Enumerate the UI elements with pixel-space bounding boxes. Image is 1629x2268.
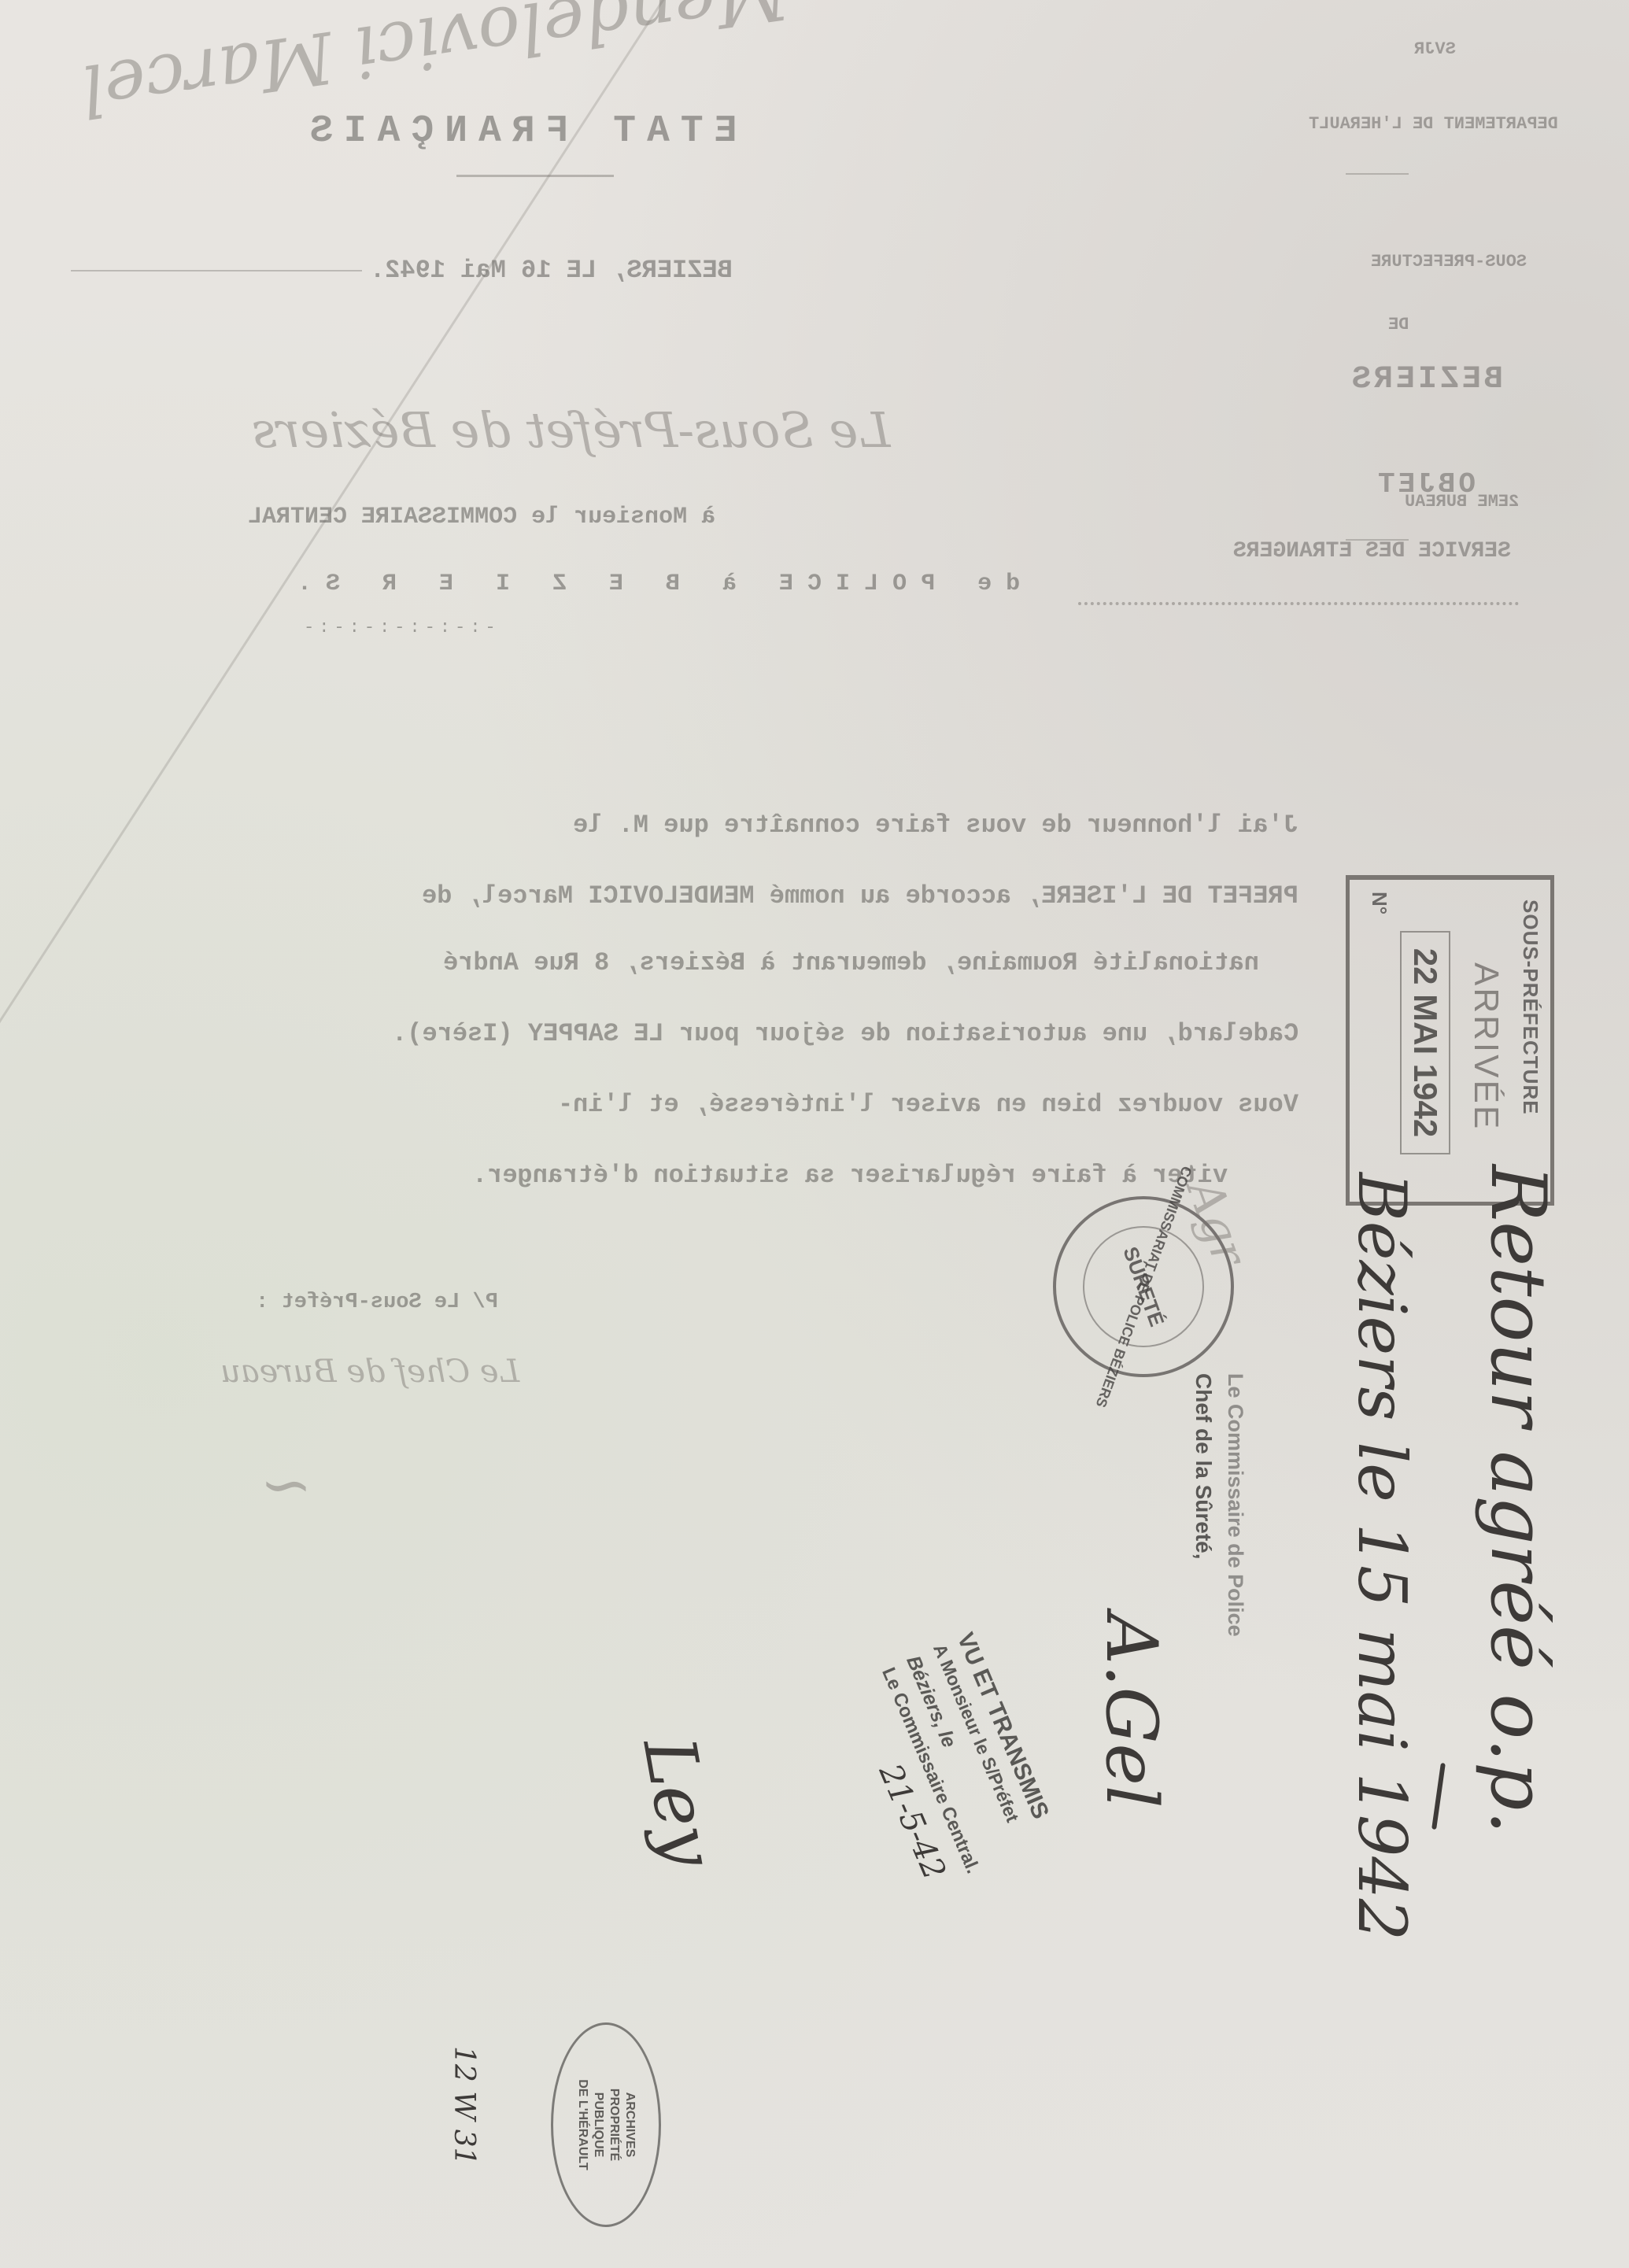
header-rule — [1346, 173, 1409, 175]
body-line: PREFET DE L'ISERE, accorde au nommé MEND… — [422, 881, 1298, 911]
header-department: DEPARTEMENT DE L'HERAULT — [1309, 114, 1558, 134]
closing-subline: Le Chef de Bureau — [220, 1354, 519, 1390]
recipient-line-2: de POLICE à B E Z I E R S. — [283, 571, 1020, 597]
letterhead-state: ETAT FRANÇAIS — [299, 110, 737, 153]
header-dotted-rule — [1078, 602, 1519, 605]
body-line: Vous voudrez bien en aviser l'intéressé,… — [558, 1090, 1298, 1119]
commissaire-signature: A.Gel — [1090, 1613, 1173, 1808]
date-leader-line — [71, 270, 362, 271]
closing-line: P/ Le Sous-Préfet : — [256, 1291, 498, 1314]
archives-line: PUBLIQUE — [590, 2079, 606, 2170]
header-objet: OBJET — [1375, 468, 1476, 501]
header-line-1: SVJR — [1414, 39, 1456, 59]
archives-line: ARCHIVES — [622, 2079, 637, 2170]
stamp-label: ARRIVÉE — [1466, 962, 1505, 1131]
header-de: DE — [1388, 315, 1409, 334]
header-service: SERVICE DES ETRANGERS — [1233, 539, 1511, 563]
body-line: Cadelard, une autorisation de séjour pou… — [392, 1019, 1298, 1048]
arrivee-stamp: SOUS-PRÉFECTURE ARRIVÉE 22 MAI 1942 N° — [1346, 875, 1554, 1206]
stamp-number-label: N° — [1367, 892, 1391, 914]
header-sous-prefecture: SOUS-PREFECTURE — [1371, 252, 1527, 271]
recipient-rule: -:-:-:-:-:-:- — [299, 618, 496, 637]
body-line: J'ai l'honneur de vous faire connaître q… — [573, 811, 1298, 840]
ghost-handwriting-signature-line: Le Sous-Préfet de Béziers — [252, 401, 890, 459]
body-line: viter à faire régulariser sa situation d… — [472, 1161, 1228, 1190]
handwritten-retour: Retour agréé o.p. — [1474, 1165, 1562, 1834]
archive-reference: 12 W 31 — [448, 2046, 480, 2166]
handwritten-place-date: Béziers le 15 mai 1942 — [1343, 1173, 1420, 1941]
commissaire-title-line1: Le Commissaire de Police — [1223, 1373, 1247, 1637]
recipient-line-1: à Monsieur le COMMISSAIRE CENTRAL — [248, 504, 715, 530]
header-beziers: BEZIERS — [1349, 362, 1503, 397]
stamp-center-text: SÛRETÉ — [1117, 1243, 1169, 1330]
administrative-header: SVJR DEPARTEMENT DE L'HERAULT SOUS-PREFE… — [1039, 16, 1605, 645]
stamp-date: 22 MAI 1942 — [1400, 931, 1450, 1154]
archives-line: DE L'HÉRAULT — [574, 2079, 590, 2170]
commissaire-title-line2: Chef de la Sûreté, — [1191, 1373, 1216, 1560]
archives-stamp: ARCHIVES PROPRIÉTÉ PUBLIQUE DE L'HÉRAULT — [551, 2022, 661, 2227]
letterhead-place-date: BEZIERS, LE 16 Mai 1942. — [370, 256, 733, 285]
archives-line: PROPRIÉTÉ — [606, 2079, 622, 2170]
stamp-header: SOUS-PRÉFECTURE — [1518, 899, 1542, 1115]
body-line: nationalité Roumaine, demeurant à Bézier… — [443, 948, 1259, 977]
letterhead-rule — [456, 175, 614, 177]
ghost-signature: ~ — [260, 1448, 312, 1521]
